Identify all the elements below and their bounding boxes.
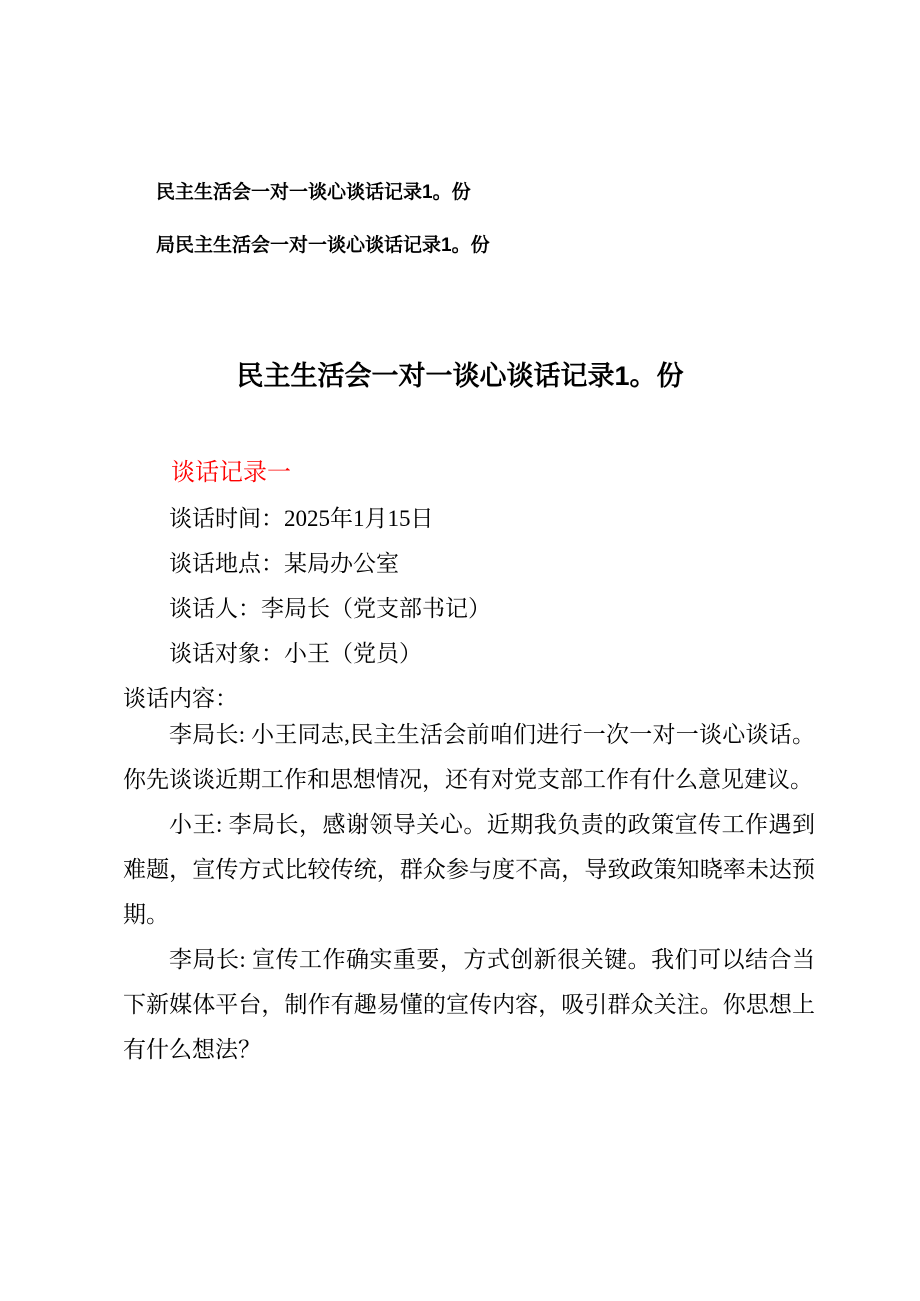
document-page: 民主生活会一对一谈心谈话记录1。份 局民主生活会一对一谈心谈话记录1。份 民主生… <box>0 0 920 1301</box>
dialog-content: 李局长: 小王同志,民主生活会前咱们进行一次一对一谈心谈话。你先谈谈近期工作和思… <box>123 712 815 1072</box>
dialog-paragraph-3: 李局长: 宣传工作确实重要，方式创新很关键。我们可以结合当下新媒体平台，制作有趣… <box>123 937 815 1072</box>
record-section: 谈话记录一 谈话时间：2025年1月15日 谈话地点：某局办公室 谈话人：李局长… <box>123 451 815 1072</box>
record-heading: 谈话记录一 <box>123 451 815 496</box>
header-line-1: 民主生活会一对一谈心谈话记录1。份 <box>156 166 490 219</box>
meta-line-location: 谈话地点：某局办公室 <box>123 541 815 586</box>
meta-line-interviewee: 谈话对象：小王（党员） <box>123 631 815 676</box>
meta-line-time: 谈话时间：2025年1月15日 <box>123 496 815 541</box>
header-line-2: 局民主生活会一对一谈心谈话记录1。份 <box>156 219 490 272</box>
document-title: 民主生活会一对一谈心谈话记录1。份 <box>0 360 920 392</box>
dialog-paragraph-1: 李局长: 小王同志,民主生活会前咱们进行一次一对一谈心谈话。你先谈谈近期工作和思… <box>123 712 815 802</box>
header-lines: 民主生活会一对一谈心谈话记录1。份 局民主生活会一对一谈心谈话记录1。份 <box>156 166 490 272</box>
dialog-paragraph-2: 小王: 李局长，感谢领导关心。近期我负责的政策宣传工作遇到难题，宣传方式比较传统… <box>123 802 815 937</box>
meta-line-interviewer: 谈话人：李局长（党支部书记） <box>123 586 815 631</box>
